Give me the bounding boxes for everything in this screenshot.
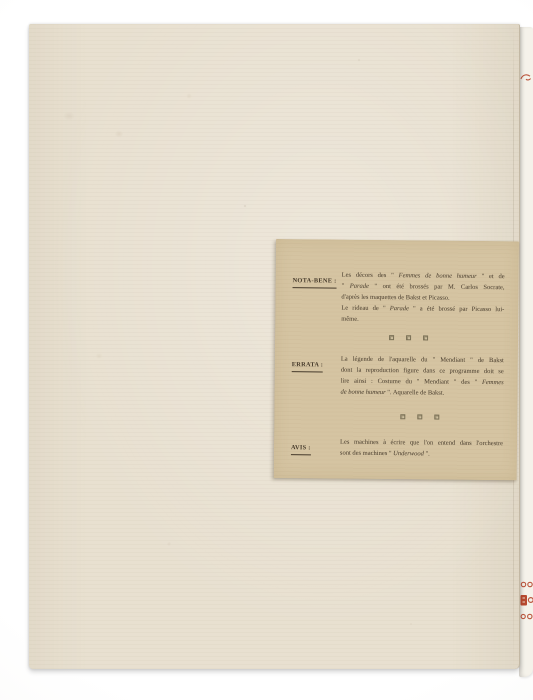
section-label-column: NOTA-BENE : bbox=[292, 269, 342, 324]
italic-title: de bonne humeur bbox=[340, 389, 385, 396]
text-run: ". Aquarelle de Bakst. bbox=[386, 389, 445, 397]
ornament-square bbox=[417, 414, 422, 419]
red-print-fragment-top bbox=[520, 73, 532, 82]
text-run: " a été brossé par Picasso lui- bbox=[409, 305, 505, 313]
text-run: Le rideau de " bbox=[341, 305, 389, 312]
text-run: " et de bbox=[477, 273, 505, 280]
section-label-column: AVIS : bbox=[291, 436, 340, 458]
text-line: de bonne humeur ". Aquarelle de Bakst. bbox=[340, 387, 503, 400]
red-print-fragment-2 bbox=[520, 594, 533, 607]
text-run: ". bbox=[424, 450, 430, 457]
text-run: Les décors des " bbox=[342, 272, 399, 280]
section-text-errata: La légende de l'aquarelle du " Mendiant … bbox=[340, 354, 503, 400]
text-run: Les machines à écrire que l'on entend da… bbox=[340, 439, 503, 448]
section-text-avis: Les machines à écrire que l'on entend da… bbox=[340, 437, 503, 461]
text-line: sont des machines " Underwood ". bbox=[340, 448, 503, 461]
section-label-column: ERRATA : bbox=[291, 353, 340, 397]
ornament-square bbox=[406, 335, 411, 340]
ornament-square bbox=[423, 335, 428, 340]
text-run: lire ainsi : Costume du " Mendiant " des… bbox=[341, 378, 482, 386]
italic-title: Femmes de bonne humeur bbox=[399, 272, 477, 280]
ornament-square bbox=[434, 415, 439, 420]
italic-title: Underwood bbox=[393, 450, 424, 457]
italic-title: Parade bbox=[390, 305, 409, 312]
slip-section-avis: AVIS :Les machines à écrire que l'on ent… bbox=[291, 436, 503, 460]
ornament-square bbox=[389, 335, 394, 340]
text-line: Le rideau de " Parade " a été brossé par… bbox=[341, 303, 504, 316]
errata-slip: NOTA-BENE :Les décors des " Femmes de bo… bbox=[274, 239, 519, 480]
photo-backdrop: NOTA-BENE :Les décors des " Femmes de bo… bbox=[0, 0, 533, 700]
text-run: sont des machines " bbox=[340, 450, 393, 458]
text-line: même. bbox=[341, 314, 504, 327]
text-run: d'après les maquettes de Bakst et Picass… bbox=[341, 294, 449, 302]
text-run: dont la reproduction figure dans ce prog… bbox=[341, 367, 504, 376]
section-text-nota-bene: Les décors des " Femmes de bonne humeur … bbox=[341, 270, 505, 327]
slip-sections: NOTA-BENE :Les décors des " Femmes de bo… bbox=[291, 269, 505, 460]
italic-title: Femmes bbox=[482, 379, 504, 386]
text-run: " ont été brossés par M. Carlos Socrate, bbox=[369, 283, 505, 291]
section-divider bbox=[338, 413, 501, 422]
section-label-nota-bene: NOTA-BENE : bbox=[293, 276, 337, 288]
red-print-fragment-1 bbox=[520, 580, 533, 589]
italic-title: Parade bbox=[350, 283, 369, 290]
section-divider bbox=[327, 333, 490, 342]
text-run: même. bbox=[341, 316, 359, 323]
text-run: La légende de l'aquarelle du " Mendiant … bbox=[341, 356, 504, 365]
slip-section-errata: ERRATA :La légende de l'aquarelle du " M… bbox=[291, 353, 503, 399]
red-print-fragment-3 bbox=[520, 612, 533, 621]
ornament-square bbox=[400, 414, 405, 419]
adjacent-page-edge bbox=[519, 27, 533, 677]
section-label-avis: AVIS : bbox=[291, 443, 311, 455]
slip-section-nota-bene: NOTA-BENE :Les décors des " Femmes de bo… bbox=[292, 269, 505, 326]
book-page: NOTA-BENE :Les décors des " Femmes de bo… bbox=[29, 24, 520, 669]
section-label-errata: ERRATA : bbox=[292, 360, 323, 372]
